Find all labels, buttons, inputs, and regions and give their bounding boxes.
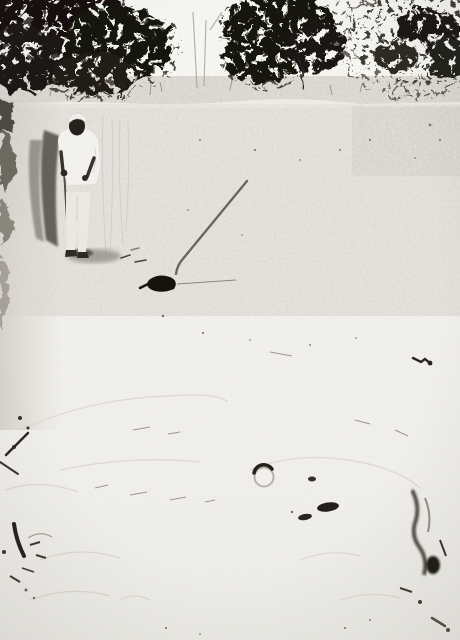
photo-canvas (0, 0, 460, 640)
excavation-photograph (0, 0, 460, 640)
vignette-overlay (0, 0, 460, 640)
